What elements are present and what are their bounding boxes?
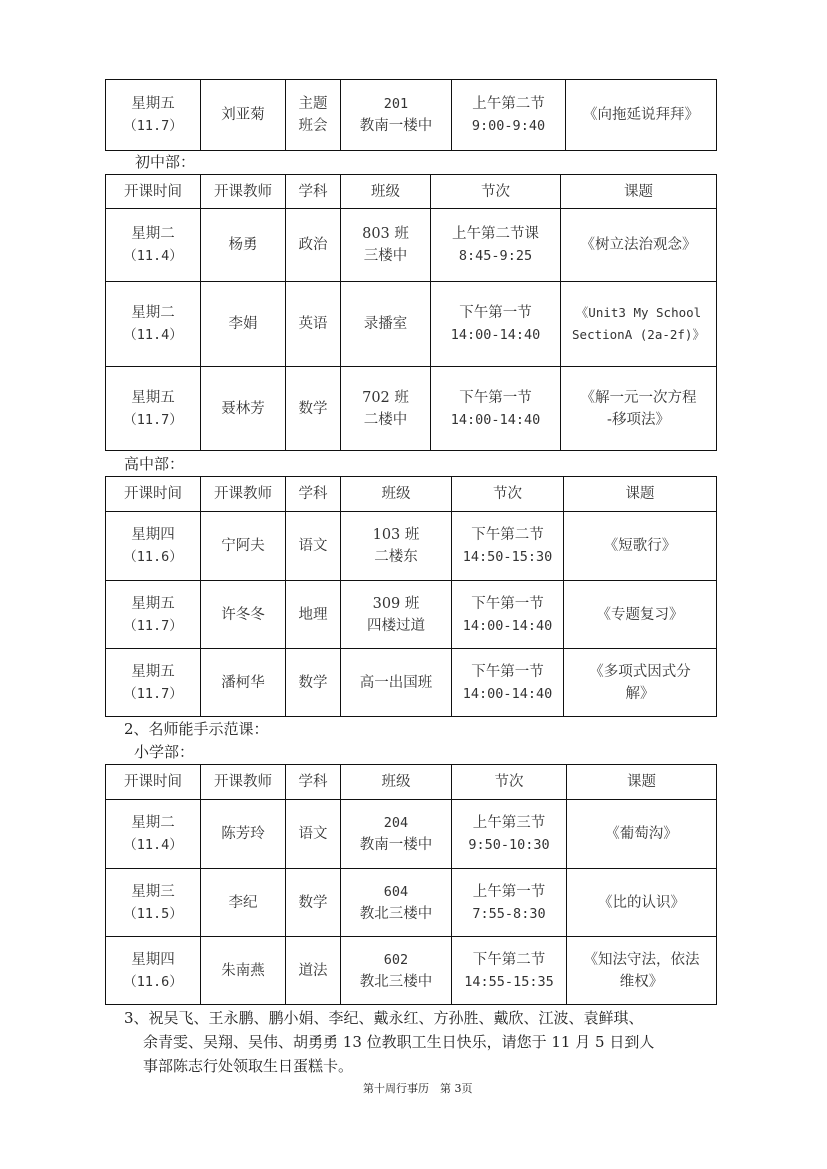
class-cell: 604教北三楼中: [341, 869, 452, 937]
header-period: 节次: [431, 175, 561, 209]
table-row: 星期二（11.4） 陈芳玲 语文 204教南一楼中 上午第三节9:50-10:3…: [106, 800, 717, 869]
subject-cell: 数学: [286, 649, 341, 717]
subject-cell: 数学: [286, 869, 341, 937]
table-row: 星期五（11.7） 聂林芳 数学 702 班二楼中 下午第一节14:00-14:…: [106, 367, 717, 451]
subject-cell: 语文: [286, 800, 341, 869]
class-cell: 录播室: [341, 282, 431, 367]
topic-cell: 《知法守法，依法维权》: [567, 937, 717, 1005]
teacher-cell: 宁阿夫: [201, 512, 286, 581]
subject-cell: 政治: [286, 209, 341, 282]
header-time: 开课时间: [106, 175, 201, 209]
topic-cell: 《短歌行》: [564, 512, 717, 581]
header-topic: 课题: [567, 765, 717, 800]
header-time: 开课时间: [106, 477, 201, 512]
topic-cell: 《比的认识》: [567, 869, 717, 937]
teacher-cell: 李娟: [201, 282, 286, 367]
subject-cell: 英语: [286, 282, 341, 367]
time-cell: 星期二（11.4）: [106, 209, 201, 282]
header-time: 开课时间: [106, 765, 201, 800]
time-cell: 星期四（11.6）: [106, 512, 201, 581]
period-cell: 上午第二节课8:45-9:25: [431, 209, 561, 282]
header-class: 班级: [341, 765, 452, 800]
period-cell: 下午第二节14:55-15:35: [452, 937, 567, 1005]
subject-cell: 语文: [286, 512, 341, 581]
header-topic: 课题: [564, 477, 717, 512]
table-row: 星期五（11.7） 许冬冬 地理 309 班四楼过道 下午第一节14:00-14…: [106, 581, 717, 649]
section-label-junior: 初中部：: [135, 152, 195, 172]
teacher-cell: 陈芳玲: [201, 800, 286, 869]
header-topic: 课题: [561, 175, 717, 209]
teacher-cell: 朱南燕: [201, 937, 286, 1005]
topic-cell: 《Unit3 My SchoolSectionA (2a-2f)》: [561, 282, 717, 367]
time-cell: 星期三（11.5）: [106, 869, 201, 937]
header-subject: 学科: [286, 477, 341, 512]
header-teacher: 开课教师: [201, 765, 286, 800]
time-cell: 星期二（11.4）: [106, 800, 201, 869]
top-class-meeting-table: 星期五（11.7） 刘亚菊 主题班会 201教南一楼中 上午第二节9:00-9:…: [105, 79, 717, 151]
topic-cell: 《专题复习》: [564, 581, 717, 649]
class-cell: 103 班二楼东: [341, 512, 452, 581]
period-cell: 下午第一节14:00-14:40: [431, 367, 561, 451]
subject-cell: 地理: [286, 581, 341, 649]
period-cell: 下午第一节14:00-14:40: [452, 649, 564, 717]
section-label-senior: 高中部：: [124, 454, 184, 474]
table-row: 星期二（11.4） 李娟 英语 录播室 下午第一节14:00-14:40 《Un…: [106, 282, 717, 367]
subject-cell: 主题班会: [286, 80, 341, 151]
time-cell: 星期五（11.7）: [106, 367, 201, 451]
header-class: 班级: [341, 175, 431, 209]
period-cell: 下午第一节14:00-14:40: [452, 581, 564, 649]
class-cell: 602教北三楼中: [341, 937, 452, 1005]
teacher-cell: 李纪: [201, 869, 286, 937]
birthday-notice-line-1: 3、祝吴飞、王永鹏、鹏小娟、李纪、戴永红、方孙胜、戴欣、江波、袁鲜琪、: [124, 1006, 644, 1030]
subject-cell: 数学: [286, 367, 341, 451]
header-teacher: 开课教师: [201, 477, 286, 512]
teacher-cell: 刘亚菊: [201, 80, 286, 151]
class-cell: 702 班二楼中: [341, 367, 431, 451]
birthday-notice-line-2: 余青雯、吴翔、吴伟、胡勇勇 13 位教职工生日快乐，请您于 11 月 5 日到人: [143, 1030, 654, 1054]
teacher-cell: 潘柯华: [201, 649, 286, 717]
table-header-row: 开课时间 开课教师 学科 班级 节次 课题: [106, 175, 717, 209]
table-row: 星期二（11.4） 杨勇 政治 803 班三楼中 上午第二节课8:45-9:25…: [106, 209, 717, 282]
header-subject: 学科: [286, 175, 341, 209]
period-cell: 上午第三节9:50-10:30: [452, 800, 567, 869]
class-cell: 803 班三楼中: [341, 209, 431, 282]
item-2-heading: 2、名师能手示范课：: [124, 719, 269, 739]
header-period: 节次: [452, 765, 567, 800]
time-cell: 星期五（11.7）: [106, 80, 201, 151]
topic-cell: 《向拖延说拜拜》: [566, 80, 717, 151]
section-label-primary: 小学部：: [134, 742, 194, 762]
header-subject: 学科: [286, 765, 341, 800]
junior-lessons-table: 开课时间 开课教师 学科 班级 节次 课题 星期二（11.4） 杨勇 政治 80…: [105, 174, 717, 451]
page-footer: 第十周行事历 第 3页: [363, 1080, 473, 1096]
table-header-row: 开课时间 开课教师 学科 班级 节次 课题: [106, 765, 717, 800]
teacher-cell: 杨勇: [201, 209, 286, 282]
table-row: 星期五（11.7） 刘亚菊 主题班会 201教南一楼中 上午第二节9:00-9:…: [106, 80, 717, 151]
topic-cell: 《解一元一次方程-移项法》: [561, 367, 717, 451]
header-teacher: 开课教师: [201, 175, 286, 209]
teacher-cell: 许冬冬: [201, 581, 286, 649]
period-cell: 下午第二节14:50-15:30: [452, 512, 564, 581]
class-cell: 高一出国班: [341, 649, 452, 717]
period-cell: 下午第一节14:00-14:40: [431, 282, 561, 367]
time-cell: 星期二（11.4）: [106, 282, 201, 367]
topic-cell: 《多项式因式分解》: [564, 649, 717, 717]
period-cell: 上午第一节7:55-8:30: [452, 869, 567, 937]
class-cell: 204教南一楼中: [341, 800, 452, 869]
table-row: 星期三（11.5） 李纪 数学 604教北三楼中 上午第一节7:55-8:30 …: [106, 869, 717, 937]
topic-cell: 《葡萄沟》: [567, 800, 717, 869]
primary-lessons-table: 开课时间 开课教师 学科 班级 节次 课题 星期二（11.4） 陈芳玲 语文 2…: [105, 764, 717, 1005]
senior-lessons-table: 开课时间 开课教师 学科 班级 节次 课题 星期四（11.6） 宁阿夫 语文 1…: [105, 476, 717, 717]
time-cell: 星期五（11.7）: [106, 649, 201, 717]
table-row: 星期四（11.6） 朱南燕 道法 602教北三楼中 下午第二节14:55-15:…: [106, 937, 717, 1005]
table-row: 星期五（11.7） 潘柯华 数学 高一出国班 下午第一节14:00-14:40 …: [106, 649, 717, 717]
class-cell: 309 班四楼过道: [341, 581, 452, 649]
time-cell: 星期五（11.7）: [106, 581, 201, 649]
table-row: 星期四（11.6） 宁阿夫 语文 103 班二楼东 下午第二节14:50-15:…: [106, 512, 717, 581]
period-cell: 上午第二节9:00-9:40: [452, 80, 566, 151]
class-cell: 201教南一楼中: [341, 80, 452, 151]
birthday-notice-line-3: 事部陈志行处领取生日蛋糕卡。: [143, 1054, 353, 1078]
time-cell: 星期四（11.6）: [106, 937, 201, 1005]
header-period: 节次: [452, 477, 564, 512]
table-header-row: 开课时间 开课教师 学科 班级 节次 课题: [106, 477, 717, 512]
header-class: 班级: [341, 477, 452, 512]
topic-cell: 《树立法治观念》: [561, 209, 717, 282]
subject-cell: 道法: [286, 937, 341, 1005]
teacher-cell: 聂林芳: [201, 367, 286, 451]
